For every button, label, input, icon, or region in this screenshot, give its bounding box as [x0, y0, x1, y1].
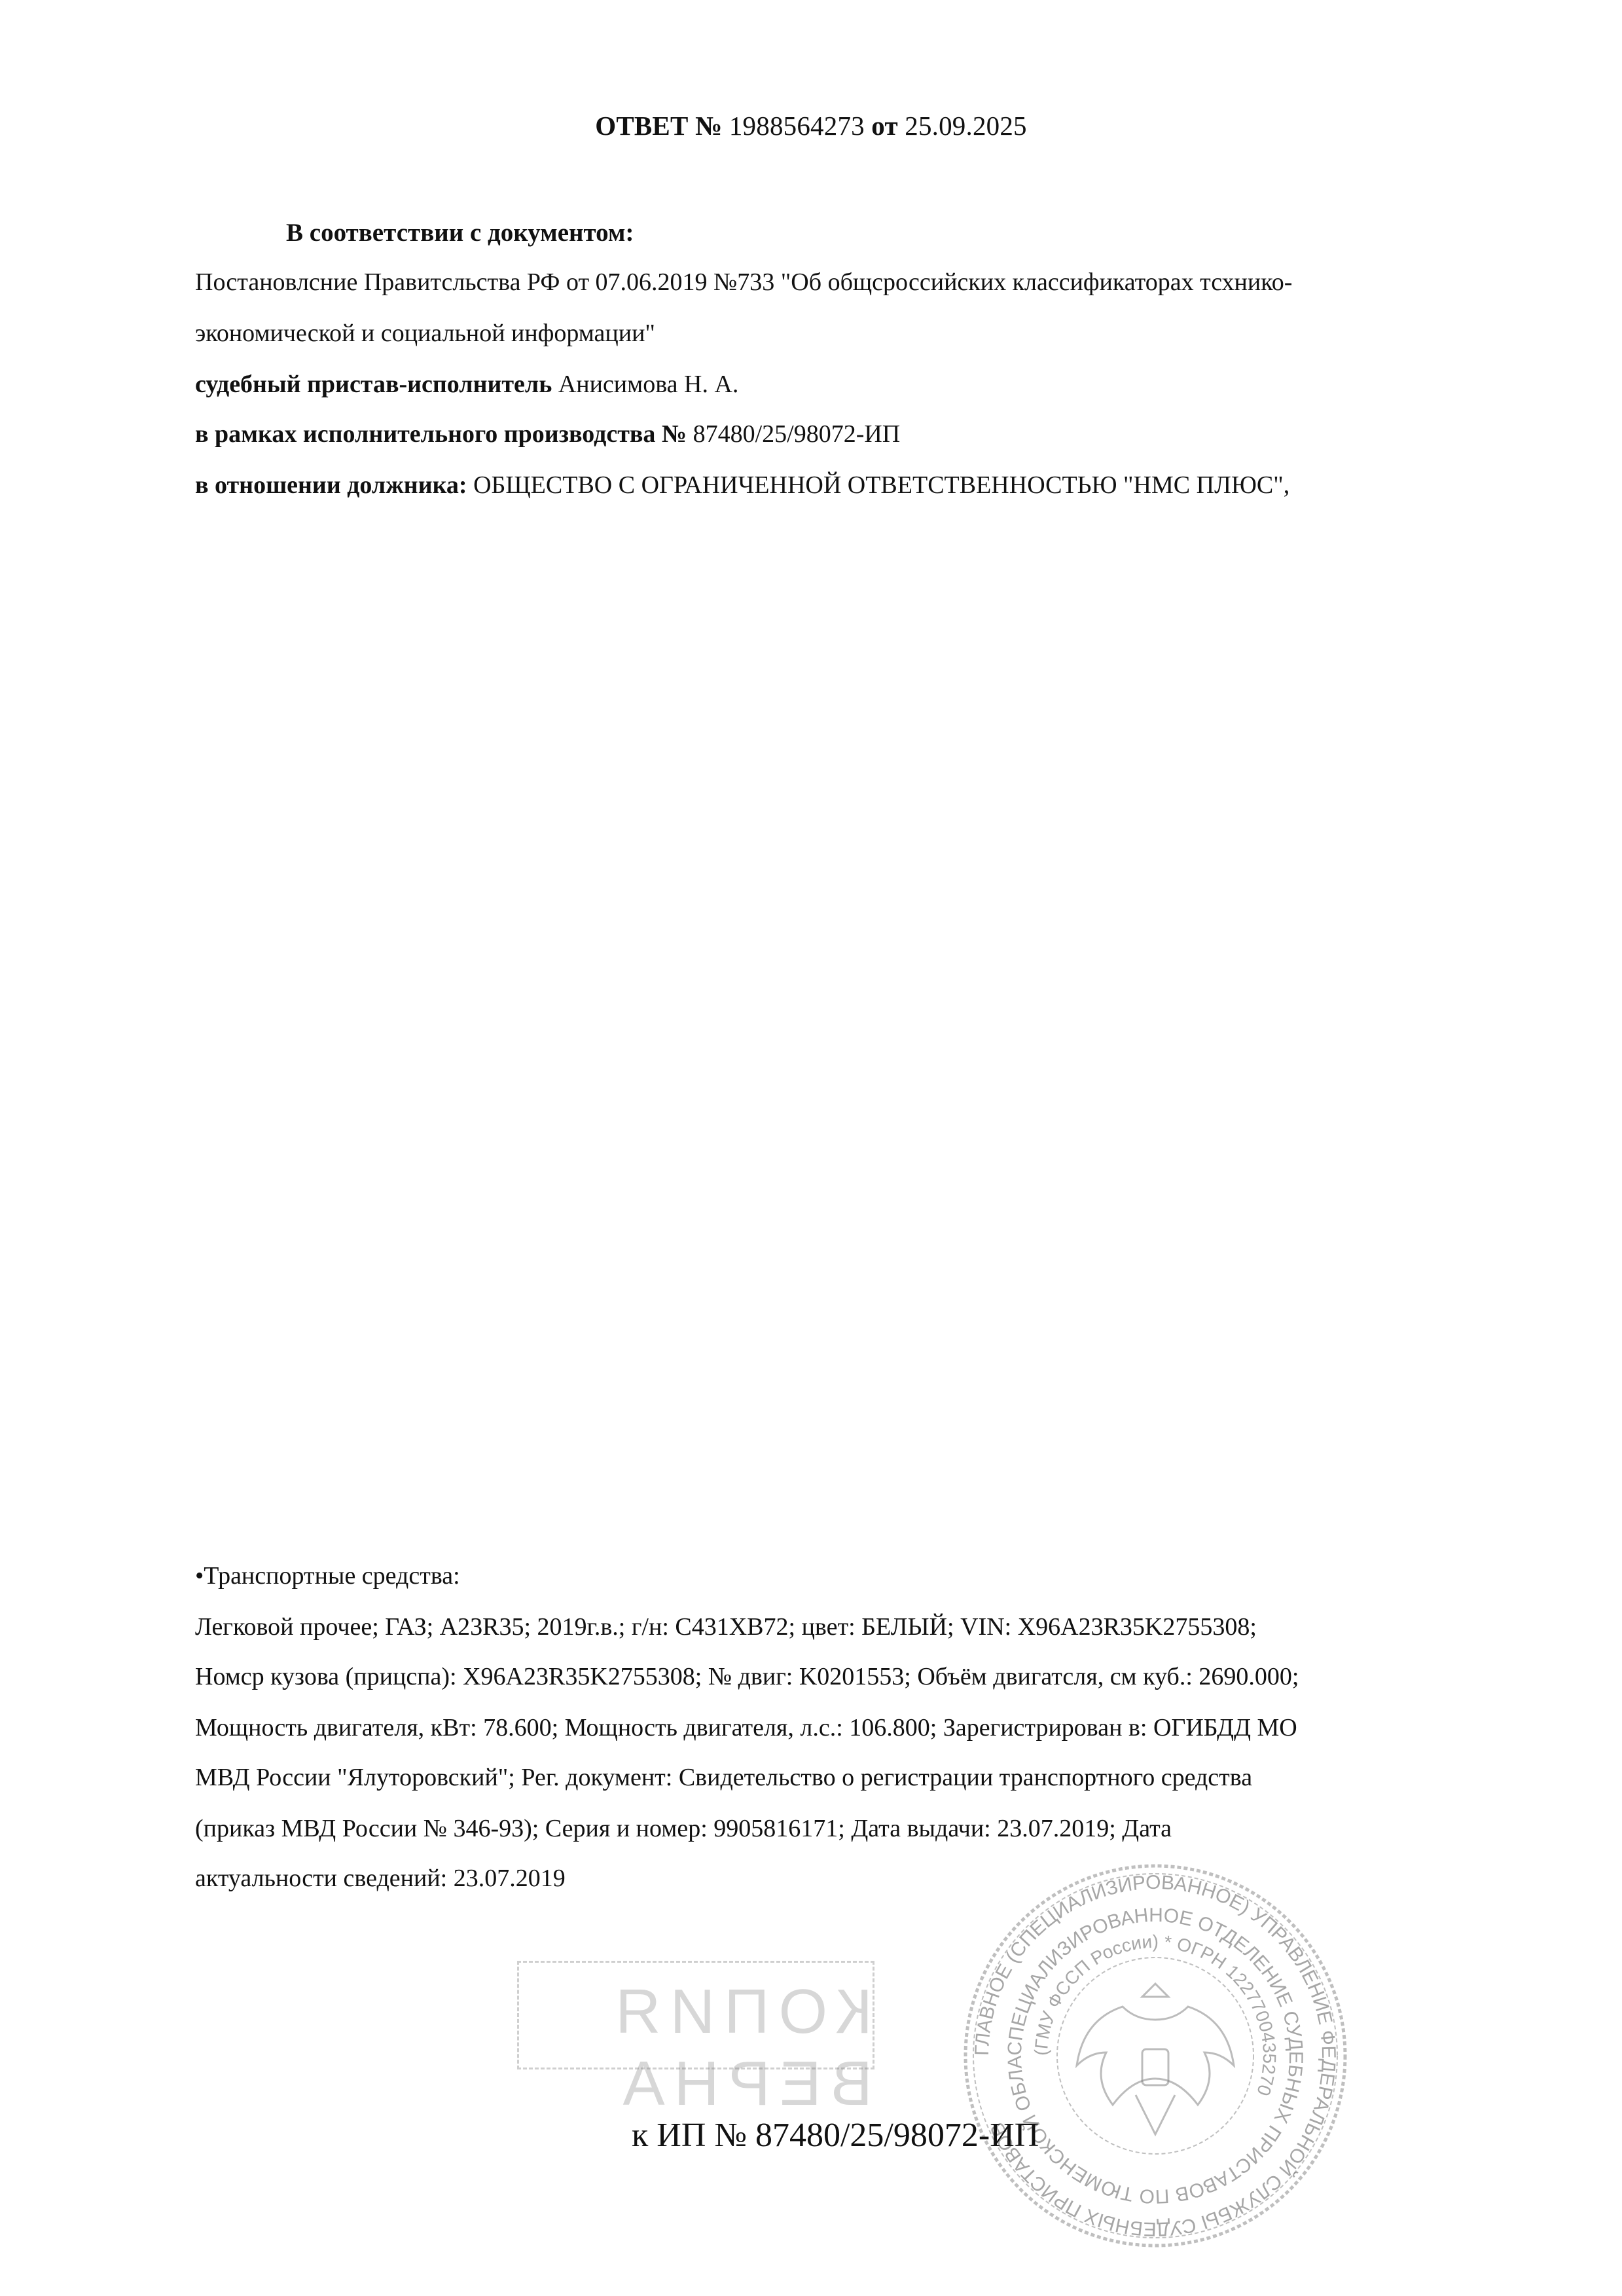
vehicle-line-3: Мощность двигателя, кВт: 78.600; Мощност… [195, 1715, 1297, 1740]
bailiff-label: судебный пристав-исполнитель [195, 371, 552, 398]
vehicle-line-1: Легковой прочее; ГАЗ; A23R35; 2019г.в.; … [195, 1614, 1257, 1639]
coat-of-arms-icon [1077, 1984, 1234, 2134]
vehicle-line-4: МВД России "Ялуторовский"; Рег. документ… [195, 1765, 1252, 1790]
vehicle-line-5: (приказ МВД России № 346-93); Серия и но… [195, 1816, 1172, 1841]
vehicle-line-6: актуальности сведений: 23.07.2019 [195, 1866, 566, 1891]
page-title: ОТВЕТ № 1988564273 от 25.09.2025 [0, 110, 1622, 141]
vehicles-section-title: •Транспортные средства: [195, 1563, 460, 1588]
title-label: ОТВЕТ № [595, 111, 722, 141]
vehicle-line-2: Номср кузова (прицспа): X96A23R35K275530… [195, 1664, 1299, 1689]
bailiff-line: судебный пристав-исполнитель Анисимова Н… [195, 372, 738, 397]
proceeding-label: в рамках исполнительного производства № [195, 420, 687, 448]
debtor-label: в отношении должника: [195, 471, 467, 499]
copy-certified-stamp: КОПИЯ ВЕРНА [517, 1961, 874, 2069]
date-label: от [871, 111, 898, 141]
document-page: ОТВЕТ № 1988564273 от 25.09.2025 В соотв… [0, 0, 1622, 2296]
basis-document-line-1: Постановлсние Правитсльства РФ от 07.06.… [195, 270, 1292, 295]
response-date: 25.09.2025 [905, 111, 1027, 141]
basis-heading: В соответствии с документом: [286, 220, 634, 246]
proceeding-reference-footer: к ИП № 87480/25/98072-ИП [632, 2116, 1039, 2155]
proceeding-number: 87480/25/98072-ИП [693, 420, 901, 448]
copy-stamp-text: КОПИЯ ВЕРНА [539, 1976, 873, 2120]
debtor-name: ОБЩЕСТВО С ОГРАНИЧЕННОЙ ОТВЕТСТВЕННОСТЬЮ… [473, 471, 1289, 499]
response-number: 1988564273 [729, 111, 865, 141]
official-seal-icon: ГЛАВНОЕ (СПЕЦИАЛИЗИРОВАННОЕ) УПРАВЛЕНИЕ … [959, 1859, 1352, 2252]
bailiff-name: Анисимова Н. А. [558, 371, 739, 398]
basis-document-line-2: экономической и социальной информации" [195, 321, 655, 346]
proceeding-line: в рамках исполнительного производства № … [195, 422, 900, 446]
debtor-line: в отношении должника: ОБЩЕСТВО С ОГРАНИЧ… [195, 473, 1289, 498]
